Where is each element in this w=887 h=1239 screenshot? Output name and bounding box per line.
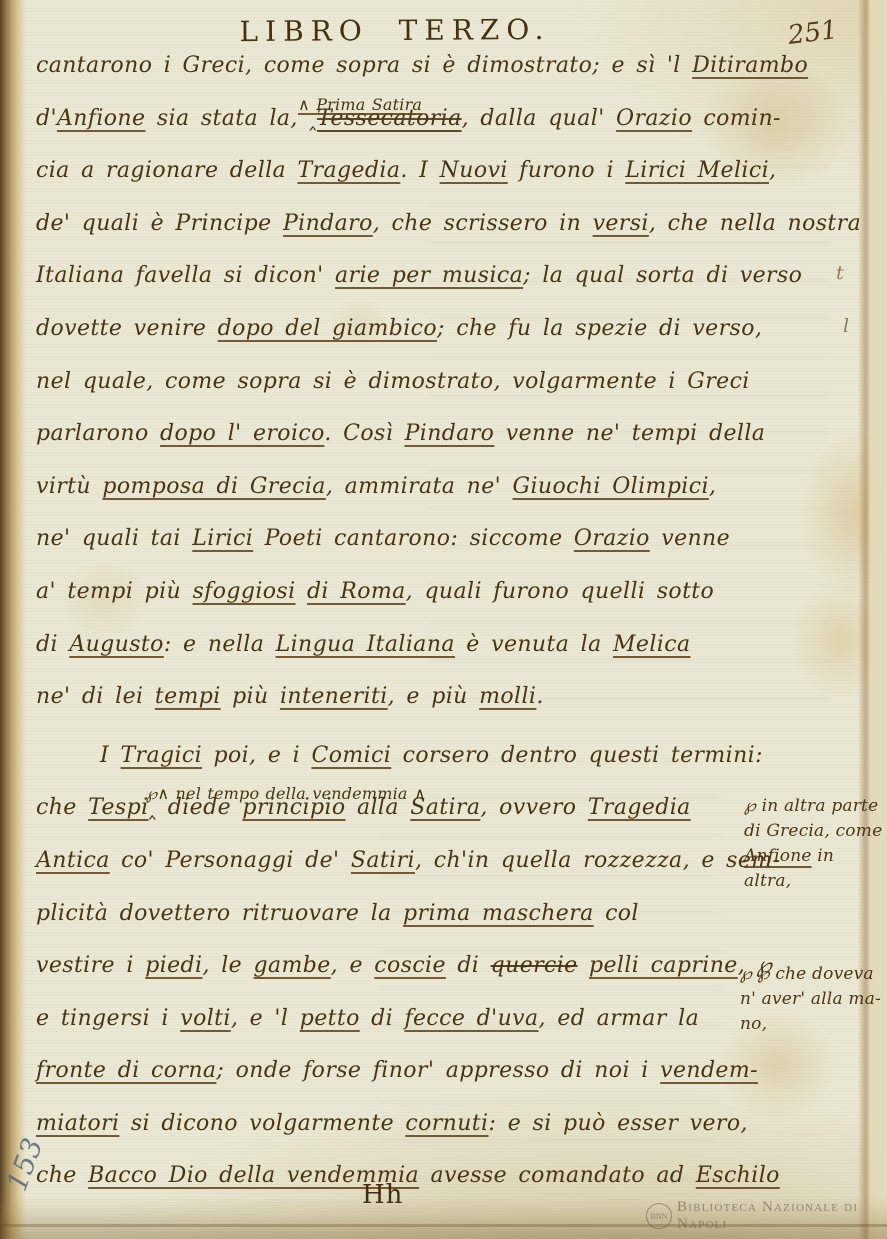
manuscript-text-segment: sia stata la, ‸ — [145, 106, 317, 131]
manuscript-text-segment: : e si può esser vero, — [489, 1111, 748, 1136]
margin-note: ℘ in altra partedi Grecia, comeAnfione i… — [744, 794, 882, 894]
manuscript-text-segment: di Grecia, come — [744, 821, 882, 841]
manuscript-text-segment: Augusto — [69, 632, 164, 657]
manuscript-text-segment: Pindaro — [405, 421, 495, 446]
manuscript-text-segment: , ovvero — [480, 795, 587, 820]
manuscript-text-segment: di — [360, 1006, 405, 1031]
manuscript-line: cantarono i Greci, come sopra si è dimos… — [36, 40, 838, 93]
manuscript-text-segment: Eschilo — [696, 1163, 780, 1188]
manuscript-text-segment: Tragici — [120, 743, 202, 768]
margin-note-line: n' aver' alla ma- — [740, 987, 881, 1012]
manuscript-text-segment: Poeti cantarono: siccome — [253, 526, 574, 551]
manuscript-text-segment: di — [446, 953, 491, 978]
manuscript-line: vestire i piedi, le gambe, e coscie di q… — [36, 940, 838, 993]
manuscript-text-segment: pomposa di Grecia — [102, 474, 325, 499]
library-monogram-icon: BNN — [646, 1203, 672, 1229]
manuscript-text-segment: . Così — [324, 421, 404, 446]
manuscript-text-segment: Antica — [36, 848, 110, 873]
manuscript-text-segment: furono i — [508, 158, 626, 183]
page-edge-fold — [858, 0, 887, 1239]
manuscript-line: cia a ragionare della Tragedia. I Nuovi … — [36, 145, 838, 198]
manuscript-text-segment: , che scrissero in — [373, 211, 593, 236]
margin-note-line: no, — [740, 1012, 881, 1037]
manuscript-text-segment: Satiri — [351, 848, 415, 873]
margin-note: ℘ ℘ che dovevan' aver' alla ma-no, — [740, 962, 881, 1037]
manuscript-text-segment: avesse comandato ad — [419, 1163, 696, 1188]
manuscript-line: dovette venire dopo del giambico; che fu… — [36, 303, 838, 356]
manuscript-text-segment: comin- — [692, 106, 781, 131]
manuscript-line: virtù pomposa di Grecia, ammirata ne' Gi… — [36, 461, 838, 514]
manuscript-text-segment: piedi — [145, 953, 202, 978]
manuscript-text-segment: fronte di corna — [36, 1058, 216, 1083]
manuscript-text-segment: cornuti — [405, 1111, 488, 1136]
manuscript-line: ne' di lei tempi più inteneriti, e più m… — [36, 671, 838, 724]
manuscript-text-segment: a' tempi più — [36, 579, 192, 604]
manuscript-text-segment: , — [769, 158, 776, 183]
manuscript-text-segment: Tespi — [88, 795, 148, 820]
manuscript-text-segment: Ditirambo — [692, 53, 808, 78]
manuscript-line: miatori si dicono volgarmente cornuti: e… — [36, 1098, 838, 1151]
manuscript-text-segment: vendem- — [660, 1058, 758, 1083]
manuscript-text-segment: pelli caprine — [589, 953, 738, 978]
manuscript-line: nel quale, come sopra si è dimostrato, v… — [36, 356, 838, 409]
manuscript-text-segment: di — [36, 632, 69, 657]
manuscript-line: e tingersi i volti, e 'l petto di fecce … — [36, 993, 838, 1046]
manuscript-text-segment — [578, 953, 589, 978]
manuscript-text-segment: Tragedia — [297, 158, 400, 183]
manuscript-text-segment: , dalla qual' — [462, 106, 616, 131]
manuscript-line: ∧ Prima Satirad'Anfione sia stata la, ‸T… — [36, 93, 838, 146]
manuscript-text-segment: è venuta la — [455, 632, 613, 657]
manuscript-text-segment: plicità dovettero ritruovare la — [36, 901, 403, 926]
manuscript-text-segment: petto — [300, 1006, 360, 1031]
manuscript-text-segment: , che nella nostra — [649, 211, 861, 236]
manuscript-line: Italiana favella si dicon' arie per musi… — [36, 250, 838, 303]
manuscript-text-segment: virtù — [36, 474, 102, 499]
manuscript-text-segment: quercie — [491, 953, 578, 978]
manuscript-text-segment: Anfione — [744, 846, 812, 866]
manuscript-text-segment: arie per musica — [335, 263, 523, 288]
manuscript-text-segment: Comici — [311, 743, 391, 768]
manuscript-text-segment: Nuovi — [440, 158, 508, 183]
manuscript-text-segment: ne' quali tai — [36, 526, 192, 551]
manuscript-text-segment: ne' di lei — [36, 684, 155, 709]
manuscript-line: a' tempi più sfoggiosi di Roma, quali fu… — [36, 566, 838, 619]
manuscript-text-segment: , e — [331, 953, 375, 978]
manuscript-text-segment: dopo l' eroico — [160, 421, 324, 446]
manuscript-text-segment: , ch'in quella rozzezza, e sem- — [415, 848, 780, 873]
manuscript-text-segment: col — [594, 901, 639, 926]
manuscript-line: che Bacco Dio della vendemmia avesse com… — [36, 1150, 838, 1203]
manuscript-line: fronte di corna; onde forse finor' appre… — [36, 1045, 838, 1098]
interlinear-insertion: ∧ Prima Satira — [298, 97, 422, 113]
edge-ink-mark: t — [836, 262, 844, 284]
manuscript-text-segment: in — [812, 846, 834, 866]
manuscript-text-segment: Orazio — [616, 106, 692, 131]
margin-note-line: Anfione in — [744, 844, 882, 869]
manuscript-text-segment: Anfione — [57, 106, 145, 131]
manuscript-text-segment: venne ne' tempi della — [494, 421, 765, 446]
manuscript-line: ℘∧ nel tempo della vendemmia ∧che Tespi‸… — [36, 782, 838, 835]
manuscript-text-segment: che — [36, 795, 88, 820]
manuscript-text-segment: tempi — [155, 684, 221, 709]
manuscript-text-segment: , e più — [388, 684, 479, 709]
manuscript-text-segment: ℘ ℘ che doveva — [740, 964, 874, 984]
manuscript-text-segment: , ammirata ne' — [326, 474, 513, 499]
margin-note-line: ℘ ℘ che doveva — [740, 962, 881, 987]
manuscript-text-segment: , quali furono quelli sotto — [406, 579, 715, 604]
manuscript-text-segment: nel quale, come sopra si è dimostrato, v… — [36, 369, 750, 394]
manuscript-text-segment: co' Personaggi de' — [110, 848, 351, 873]
manuscript-text-segment: Melica — [613, 632, 690, 657]
manuscript-text-segment: . I — [400, 158, 439, 183]
manuscript-text-segment: coscie — [374, 953, 446, 978]
library-stamp: BNN Biblioteca Nazionale di Napoli — [646, 1199, 887, 1233]
manuscript-line: di Augusto: e nella Lingua Italiana è ve… — [36, 619, 838, 672]
binding-gutter — [0, 0, 26, 1239]
manuscript-text-segment: Pindaro — [283, 211, 373, 236]
manuscript-body: cantarono i Greci, come sopra si è dimos… — [36, 40, 838, 1203]
manuscript-paragraph: cantarono i Greci, come sopra si è dimos… — [36, 40, 838, 724]
manuscript-text-segment: venne — [650, 526, 730, 551]
manuscript-text-segment: Lingua Italiana — [276, 632, 455, 657]
manuscript-text-segment: si dicono volgarmente — [119, 1111, 405, 1136]
manuscript-text-segment: ; onde forse finor' appresso di noi i — [216, 1058, 660, 1083]
manuscript-text-segment: , ed armar la — [539, 1006, 700, 1031]
manuscript-text-segment: ; la qual sorta di verso — [523, 263, 802, 288]
manuscript-text-segment: gambe — [254, 953, 331, 978]
manuscript-text-segment: di Roma — [307, 579, 406, 604]
manuscript-text-segment: . — [536, 684, 543, 709]
manuscript-text-segment: Lirici — [192, 526, 253, 551]
margin-note-line: di Grecia, come — [744, 819, 882, 844]
manuscript-text-segment: dopo del giambico — [218, 316, 437, 341]
margin-note-line: altra, — [744, 869, 882, 894]
manuscript-text-segment: Italiana favella si dicon' — [36, 263, 335, 288]
manuscript-paragraph: I Tragici poi, e i Comici corsero dentro… — [36, 730, 838, 1203]
manuscript-text-segment: più — [221, 684, 280, 709]
interlinear-insertion: ℘∧ nel tempo della vendemmia ∧ — [146, 786, 426, 802]
manuscript-text-segment: : e nella — [164, 632, 276, 657]
manuscript-text-segment: d' — [36, 106, 57, 131]
manuscript-line: I Tragici poi, e i Comici corsero dentro… — [36, 730, 838, 783]
manuscript-text-segment: prima maschera — [403, 901, 594, 926]
library-stamp-text: Biblioteca Nazionale di Napoli — [677, 1199, 887, 1233]
manuscript-text-segment: Orazio — [574, 526, 650, 551]
manuscript-text-segment: parlarono — [36, 421, 160, 446]
edge-ink-mark: l — [843, 315, 849, 337]
manuscript-text-segment: , — [709, 474, 716, 499]
manuscript-text-segment — [296, 579, 307, 604]
manuscript-text-segment: ℘ in altra parte — [744, 796, 878, 816]
manuscript-text-segment: fecce d'uva — [404, 1006, 538, 1031]
manuscript-text-segment: altra, — [744, 871, 791, 891]
manuscript-text-segment: volti — [180, 1006, 231, 1031]
manuscript-text-segment: corsero dentro questi termini: — [391, 743, 763, 768]
manuscript-text-segment: molli — [479, 684, 536, 709]
manuscript-text-segment: poi, e i — [202, 743, 311, 768]
margin-note-line: ℘ in altra parte — [744, 794, 882, 819]
manuscript-line: plicità dovettero ritruovare la prima ma… — [36, 888, 838, 941]
manuscript-text-segment: n' aver' alla ma- — [740, 989, 881, 1009]
manuscript-text-segment: Lirici Melici — [625, 158, 769, 183]
manuscript-text-segment: , e 'l — [231, 1006, 300, 1031]
manuscript-text-segment: inteneriti — [280, 684, 388, 709]
manuscript-line: parlarono dopo l' eroico. Così Pindaro v… — [36, 408, 838, 461]
manuscript-line: Antica co' Personaggi de' Satiri, ch'in … — [36, 835, 838, 888]
catchword: Hh — [362, 1180, 403, 1210]
manuscript-text-segment: no, — [740, 1014, 767, 1034]
manuscript-text-segment: sfoggiosi — [192, 579, 295, 604]
manuscript-text-segment: miatori — [36, 1111, 119, 1136]
manuscript-text-segment: ; che fu la spezie di verso, — [437, 316, 762, 341]
manuscript-page-scan: LIBRO TERZO. 251 cantarono i Greci, come… — [0, 0, 887, 1239]
manuscript-text-segment: che — [36, 1163, 88, 1188]
manuscript-text-segment: de' quali è Principe — [36, 211, 283, 236]
manuscript-line: de' quali è Principe Pindaro, che scriss… — [36, 198, 838, 251]
manuscript-text-segment: dovette venire — [36, 316, 218, 341]
manuscript-text-segment: cantarono i Greci, come sopra si è dimos… — [36, 53, 692, 78]
manuscript-text-segment: cia a ragionare della — [36, 158, 297, 183]
manuscript-text-segment: e tingersi i — [36, 1006, 180, 1031]
manuscript-text-segment: vestire i — [36, 953, 145, 978]
manuscript-text-segment: versi — [593, 211, 649, 236]
manuscript-text-segment: I — [100, 743, 120, 768]
manuscript-text-segment: Giuochi Olimpici — [513, 474, 709, 499]
manuscript-text-segment: , le — [202, 953, 253, 978]
manuscript-line: ne' quali tai Lirici Poeti cantarono: si… — [36, 513, 838, 566]
manuscript-text-segment: Tragedia — [588, 795, 691, 820]
